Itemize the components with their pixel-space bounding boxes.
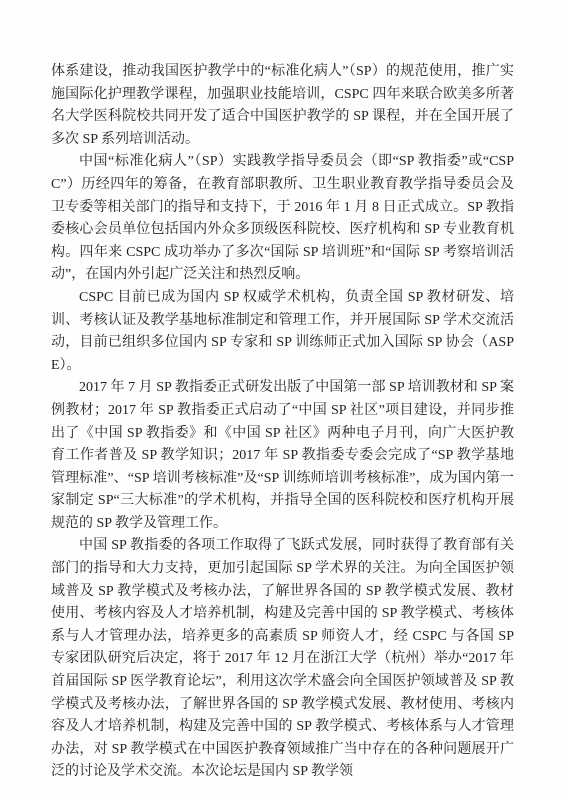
- document-page: 体系建设，推动我国医护教学中的“标准化病人”（SP）的规范使用，推广实施国际化护…: [0, 0, 565, 800]
- paragraph: 2017 年 7 月 SP 教指委正式研发出版了中国第一部 SP 培训教材和 S…: [51, 377, 514, 535]
- page-number: - 2 -: [0, 740, 565, 755]
- paragraph: CSPC 目前已成为国内 SP 权威学术机构，负责全国 SP 教材研发、培训、考…: [51, 287, 514, 377]
- paragraph: 中国“标准化病人”（SP）实践教学指导委员会（即“SP 教指委”或“CSPC”）…: [51, 151, 514, 287]
- document-body-text: 体系建设，推动我国医护教学中的“标准化病人”（SP）的规范使用，推广实施国际化护…: [51, 61, 514, 784]
- paragraph: 体系建设，推动我国医护教学中的“标准化病人”（SP）的规范使用，推广实施国际化护…: [51, 61, 514, 151]
